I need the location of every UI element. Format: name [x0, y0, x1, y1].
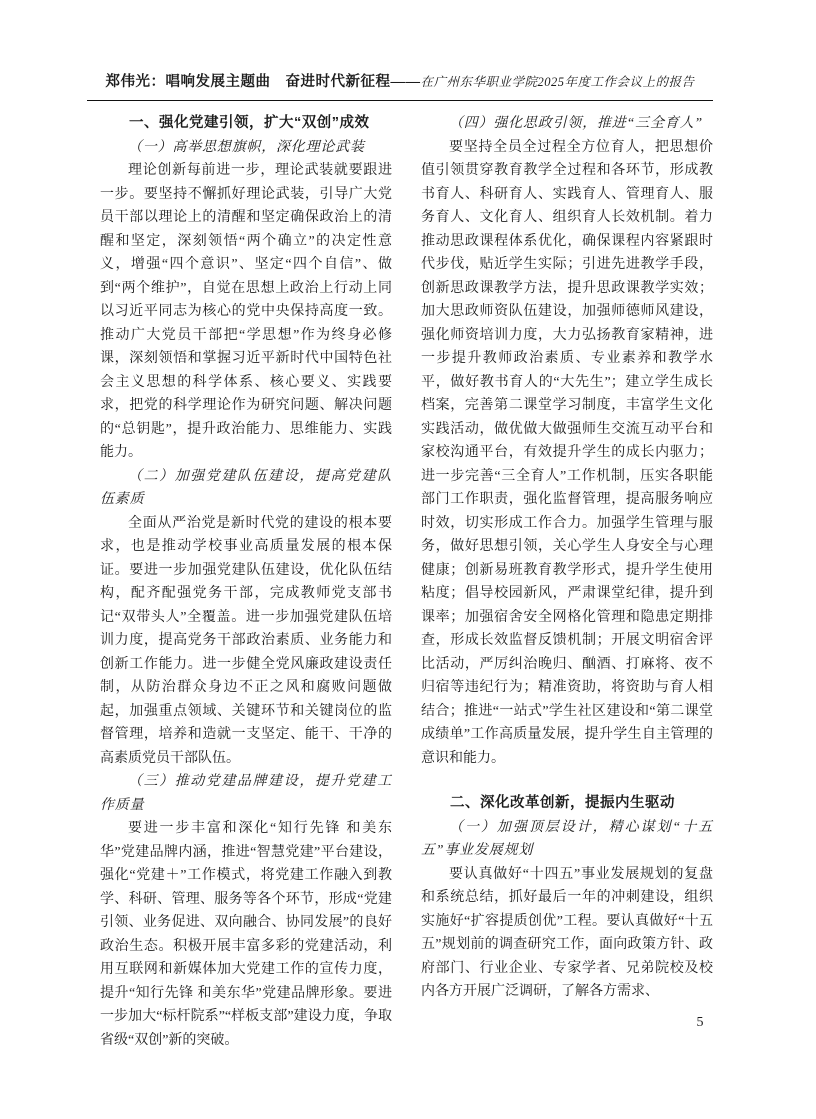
subsection-heading-1-2: （二）加强党建队伍建设，提高党建队伍素质 [100, 465, 392, 512]
running-header-subtitle: 在广州东华职业学院2025年度工作会议上的报告 [420, 75, 694, 89]
paragraph: 全面从严治党是新时代党的建设的根本要求，也是推动学校事业高质量发展的根本保证。要… [100, 512, 392, 771]
left-column: 一、强化党建引领，扩大“双创”成效 （一）高举思想旗帜，深化理论武装 理论创新每… [100, 112, 392, 1052]
subsection-heading-1-1: （一）高举思想旗帜，深化理论武装 [100, 136, 392, 160]
paragraph: 要进一步丰富和深化“知行先锋 和美东华”党建品牌内涵，推进“智慧党建”平台建设，… [100, 817, 392, 1052]
paragraph: 要坚持全员全过程全方位育人，把思想价值引领贯穿教育教学全过程和各环节，形成教书育… [421, 136, 713, 771]
paragraph: 理论创新每前进一步，理论武装就要跟进一步。要坚持不懈抓好理论武装，引导广大党员干… [100, 159, 392, 465]
subsection-heading-1-4: （四）强化思政引领，推进“三全育人” [421, 112, 713, 136]
running-header-title: 郑伟光：唱响发展主题曲 奋进时代新征程—— [105, 74, 420, 90]
paragraph: 要认真做好“十四五”事业发展规划的复盘和系统总结，抓好最后一年的冲刺建设，组织实… [421, 863, 713, 1004]
page-number: 5 [690, 1015, 710, 1031]
document-page: 郑伟光：唱响发展主题曲 奋进时代新征程——在广州东华职业学院2025年度工作会议… [0, 0, 816, 1119]
two-column-body: 一、强化党建引领，扩大“双创”成效 （一）高举思想旗帜，深化理论武装 理论创新每… [100, 112, 713, 1052]
subsection-heading-2-1: （一）加强顶层设计，精心谋划“十五五”事业发展规划 [421, 816, 713, 863]
running-header: 郑伟光：唱响发展主题曲 奋进时代新征程——在广州东华职业学院2025年度工作会议… [87, 70, 713, 91]
header-divider-line [87, 100, 713, 101]
subsection-heading-1-3: （三）推动党建品牌建设，提升党建工作质量 [100, 770, 392, 817]
section-heading-1: 一、强化党建引领，扩大“双创”成效 [100, 112, 392, 136]
section-heading-2: 二、深化改革创新，提振内生驱动 [421, 792, 713, 816]
right-column: （四）强化思政引领，推进“三全育人” 要坚持全员全过程全方位育人，把思想价值引领… [421, 112, 713, 1052]
